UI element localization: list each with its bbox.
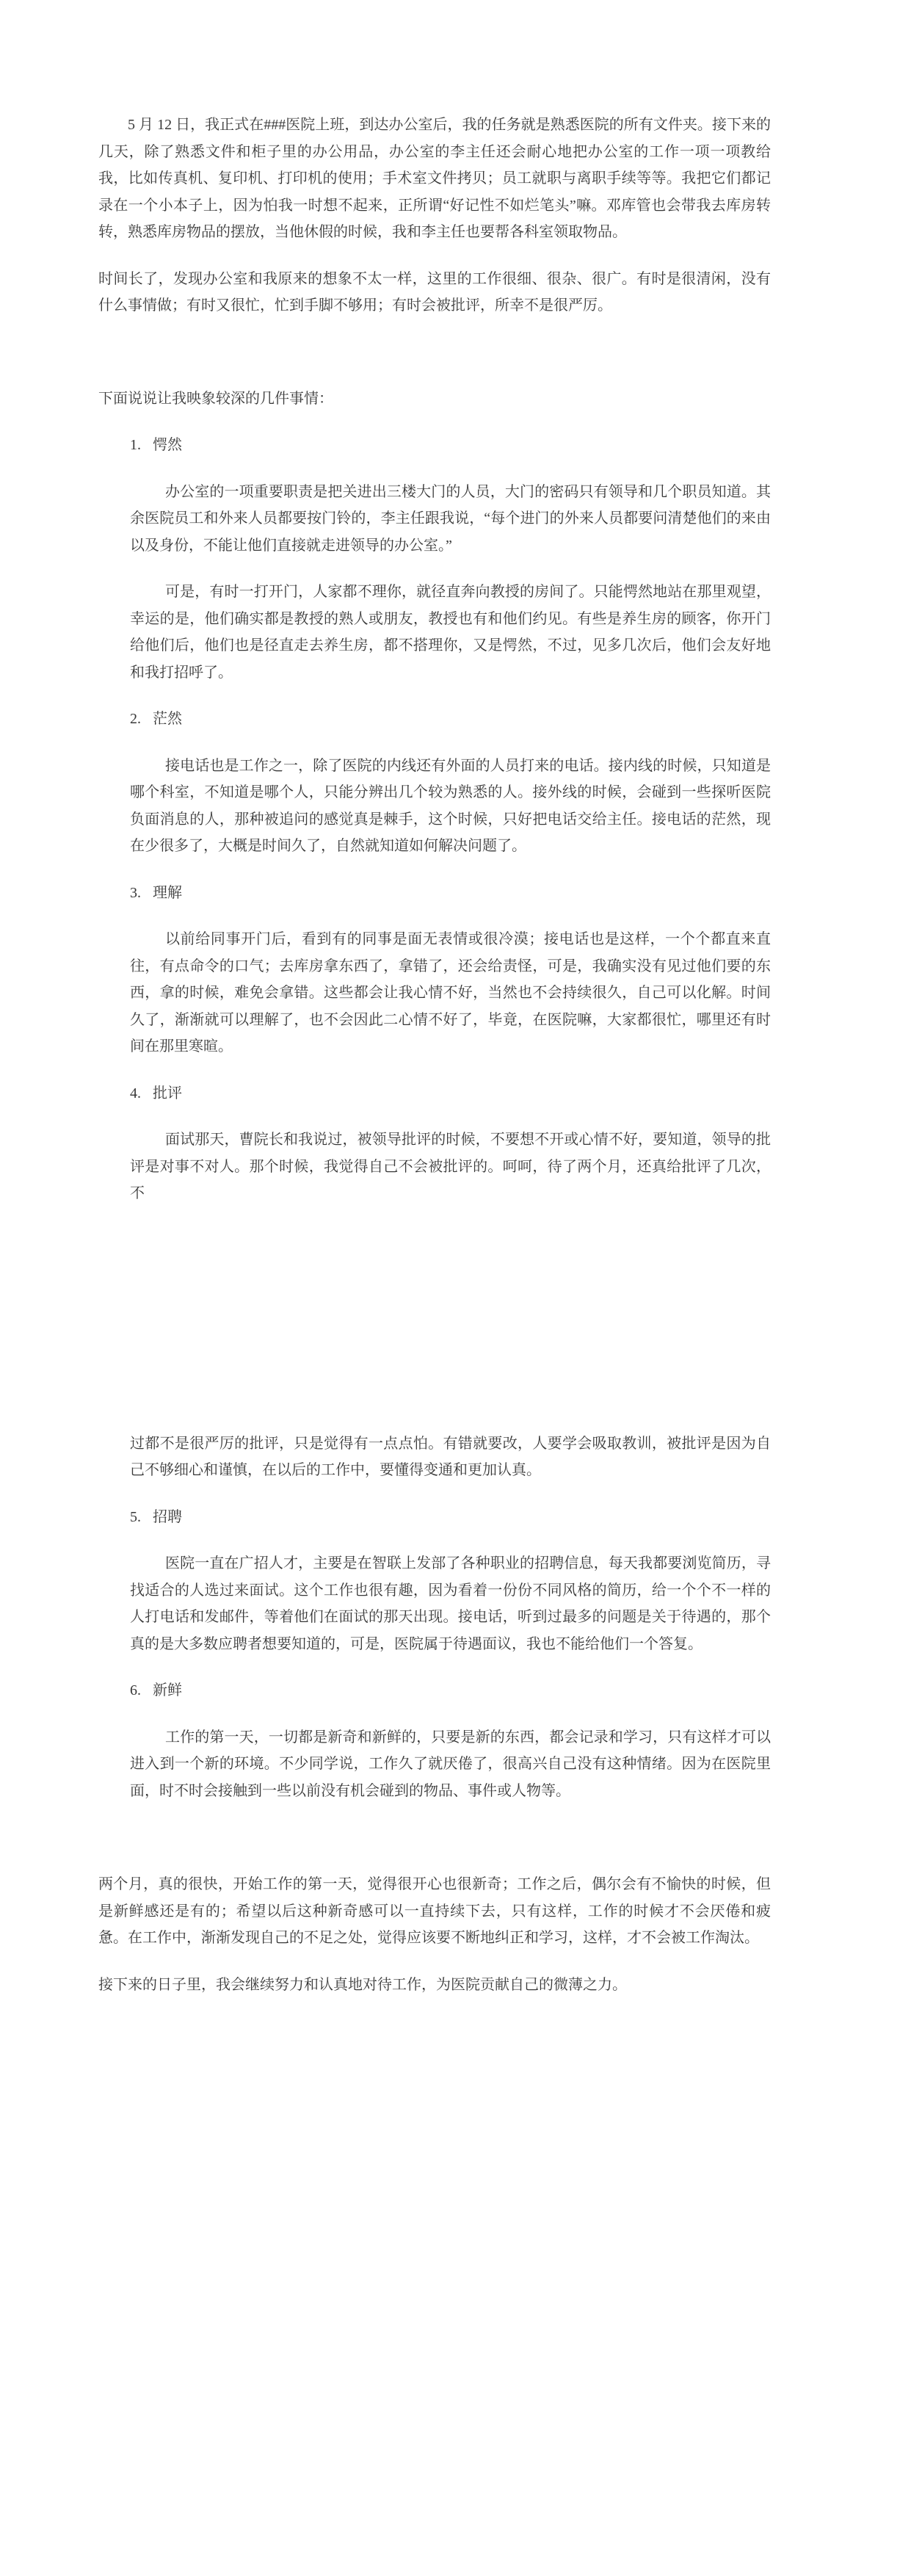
section-title: 茫然 <box>153 711 182 727</box>
section-heading: 6.新鲜 <box>130 1677 771 1704</box>
section-title: 招聘 <box>153 1509 182 1525</box>
blank-line-gap <box>98 1824 771 1871</box>
document-content: 5 月 12 日，我正式在###医院上班，到达办公室后，我的任务就是熟悉医院的所… <box>0 0 911 1998</box>
section-heading: 1.愕然 <box>130 432 771 459</box>
section-title: 愕然 <box>153 437 182 453</box>
paragraph: 医院一直在广招人才，主要是在智联上发部了各种职业的招聘信息，每天我都要浏览简历，… <box>130 1550 771 1657</box>
paragraph: 时间长了，发现办公室和我原来的想象不太一样，这里的工作很细、很杂、很广。有时是很… <box>98 266 771 319</box>
section-number: 1. <box>130 432 141 459</box>
section-heading: 2.茫然 <box>130 706 771 733</box>
section-title: 新鲜 <box>153 1682 182 1698</box>
section-heading: 3.理解 <box>130 880 771 907</box>
paragraph: 下面说说让我映象较深的几件事情： <box>98 386 771 413</box>
paragraph: 过都不是很严厉的批评，只是觉得有一点点怕。有错就要改，人要学会吸取教训，被批评是… <box>130 1430 771 1484</box>
section-title: 理解 <box>153 885 182 901</box>
section-number: 4. <box>130 1080 141 1107</box>
paragraph: 5 月 12 日，我正式在###医院上班，到达办公室后，我的任务就是熟悉医院的所… <box>98 112 771 246</box>
paragraph: 接电话也是工作之一，除了医院的内线还有外面的人员打来的电话。接内线的时候，只知道… <box>130 753 771 860</box>
section-number: 2. <box>130 706 141 733</box>
paragraph: 接下来的日子里，我会继续努力和认真地对待工作，为医院贡献自己的微薄之力。 <box>98 1972 771 1999</box>
paragraph: 以前给同事开门后，看到有的同事是面无表情或很冷漠；接电话也是这样，一个个都直来直… <box>130 926 771 1060</box>
section-heading: 4.批评 <box>130 1080 771 1107</box>
paragraph: 面试那天，曹院长和我说过，被领导批评的时候，不要想不开或心情不好，要知道，领导的… <box>130 1126 771 1207</box>
section-title: 批评 <box>153 1085 182 1101</box>
blank-line-gap <box>98 339 771 386</box>
section-number: 6. <box>130 1677 141 1704</box>
section-heading: 5.招聘 <box>130 1504 771 1531</box>
paragraph: 工作的第一天，一切都是新奇和新鲜的，只要是新的东西，都会记录和学习，只有这样才可… <box>130 1724 771 1805</box>
page-break-gap <box>98 1227 771 1430</box>
section-number: 5. <box>130 1504 141 1531</box>
paragraph: 可是，有时一打开门，人家都不理你，就径直奔向教授的房间了。只能愕然地站在那里观望… <box>130 579 771 686</box>
section-number: 3. <box>130 880 141 907</box>
paragraph: 办公室的一项重要职责是把关进出三楼大门的人员，大门的密码只有领导和几个职员知道。… <box>130 479 771 560</box>
document-page: 5 月 12 日，我正式在###医院上班，到达办公室后，我的任务就是熟悉医院的所… <box>0 0 911 2576</box>
paragraph: 两个月，真的很快，开始工作的第一天，觉得很开心也很新奇；工作之后，偶尔会有不愉快… <box>98 1871 771 1952</box>
